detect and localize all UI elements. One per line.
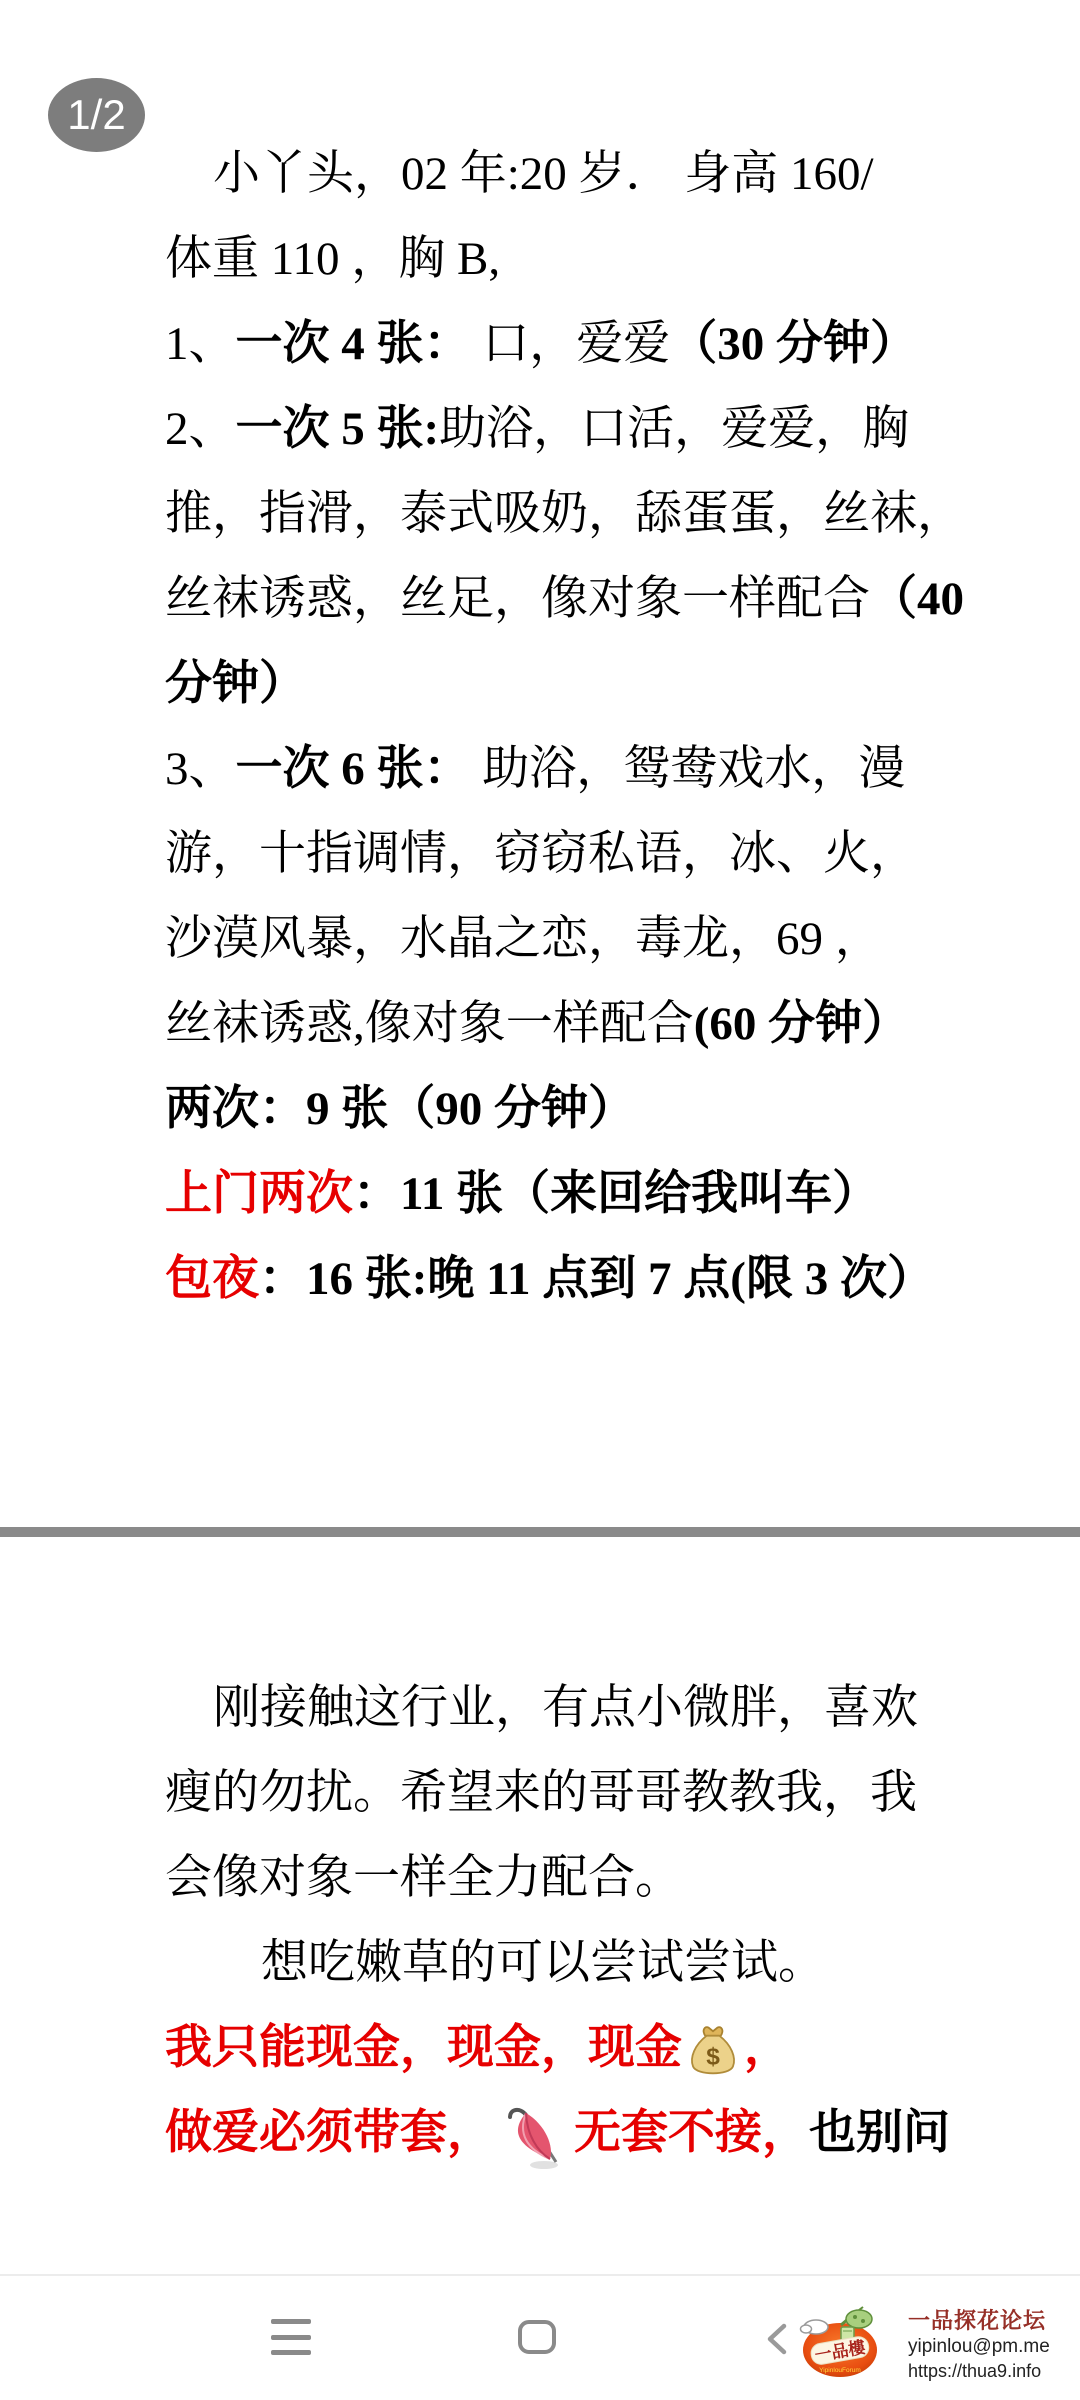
umbrella-icon: [496, 2099, 572, 2175]
text-run: 也别问: [809, 2107, 950, 2159]
text-run: 游，十指调情，窃窃私语，冰、火，: [165, 828, 917, 880]
text-run: 助浴，口活，爱爱，胸: [439, 403, 909, 455]
text-run: 口，爱爱: [471, 318, 671, 370]
text-run: 体重 110 ，胸 B,: [165, 233, 500, 285]
text-line: 推，指滑，泰式吸奶，舔蛋蛋，丝袜，: [165, 472, 964, 557]
forum-watermark: 一品探花论坛 yipinlou@pm.me https://thua9.info: [908, 2308, 1050, 2383]
text-line: 做爱必须带套， 无套不接，也别问: [165, 2091, 950, 2176]
text-run: 做爱必须带套，: [165, 2107, 494, 2159]
text-run: （40: [870, 573, 964, 625]
logo-subtext: YipinlouForum: [819, 2367, 861, 2374]
screen: 1/2 小丫头，02 年:20 岁． 身高 160/体重 110 ，胸 B,1、…: [0, 0, 1080, 2400]
text-run: 一次 4 张：: [236, 318, 471, 370]
text-line: 分钟）: [165, 642, 964, 727]
text-run: 刚接触这行业，有点小微胖，喜欢: [213, 1682, 918, 1734]
text-line: 丝袜诱惑,像对象一样配合(60 分钟）: [165, 982, 964, 1067]
back-button[interactable]: [764, 2322, 790, 2356]
text-line: 想吃嫩草的可以尝试尝试。: [165, 1921, 950, 2006]
text-run: 2、: [165, 403, 236, 455]
text-line: 沙漠风暴，水晶之恋，毒龙，69 ，: [165, 897, 964, 982]
bottom-navbar: 一品樓 YipinlouForum 一品探花论坛 yipinlou@pm.me …: [0, 2274, 1080, 2400]
forum-logo: 一品樓 YipinlouForum: [799, 2304, 881, 2380]
text-run: 推，指滑，泰式吸奶，舔蛋蛋，丝袜，: [165, 488, 964, 540]
document-page-2: 刚接触这行业，有点小微胖，喜欢瘦的勿扰。希望来的哥哥教教我，我会像对象一样全力配…: [165, 1666, 950, 2176]
text-line: 会像对象一样全力配合。: [165, 1836, 950, 1921]
text-run: 想吃嫩草的可以尝试尝试。: [261, 1937, 825, 1989]
text-line: 包夜：16 张:晚 11 点到 7 点(限 3 次）: [165, 1237, 964, 1322]
recent-apps-button[interactable]: [271, 2319, 313, 2355]
text-line: 1、一次 4 张： 口，爱爱（30 分钟）: [165, 302, 964, 387]
back-chevron-icon: [764, 2322, 790, 2356]
hamburger-icon: [271, 2319, 311, 2324]
text-run: 会像对象一样全力配合。: [165, 1852, 682, 1904]
text-line: 刚接触这行业，有点小微胖，喜欢: [165, 1666, 950, 1751]
moneybag-icon: $: [684, 2023, 742, 2081]
text-run: 分钟）: [165, 658, 306, 710]
text-line: 丝袜诱惑，丝足，像对象一样配合（40: [165, 557, 964, 642]
text-run: 我只能现金，现金，现金: [165, 2022, 682, 2074]
text-run: 无套不接，: [574, 2107, 809, 2159]
forum-title: 一品探花论坛: [908, 2308, 1050, 2334]
document-page-1: 小丫头，02 年:20 岁． 身高 160/体重 110 ，胸 B,1、一次 4…: [165, 132, 964, 1322]
cloud-icon: [801, 2320, 829, 2334]
text-run: 助浴，鸳鸯戏水，漫: [471, 743, 906, 795]
page-indicator-label: 1/2: [67, 91, 125, 139]
text-run: 沙漠风暴，水晶之恋，毒龙，69 ，: [165, 913, 882, 965]
text-run: 两次：9 张（90 分钟）: [165, 1083, 635, 1135]
text-line: 3、一次 6 张： 助浴，鸳鸯戏水，漫: [165, 727, 964, 812]
text-line: 小丫头，02 年:20 岁． 身高 160/: [165, 132, 964, 217]
text-run: 包夜: [165, 1253, 259, 1305]
svg-text:$: $: [706, 2044, 720, 2071]
home-icon: [518, 2320, 556, 2354]
text-run: 小丫头，02 年:20 岁． 身高 160/: [213, 148, 874, 200]
text-line: 两次：9 张（90 分钟）: [165, 1067, 964, 1152]
text-run: (60 分钟）: [694, 998, 909, 1050]
text-run: 一次 5 张:: [236, 403, 440, 455]
text-run: 上门两次: [165, 1168, 353, 1220]
text-line: 我只能现金，现金，现金 $ ，: [165, 2006, 950, 2091]
text-run: ，: [744, 2022, 791, 2074]
text-run: 丝袜诱惑,像对象一样配合: [165, 998, 694, 1050]
home-button[interactable]: [518, 2319, 558, 2355]
text-line: 游，十指调情，窃窃私语，冰、火，: [165, 812, 964, 897]
forum-url: https://thua9.info: [908, 2359, 1050, 2383]
text-run: 丝袜诱惑，丝足，像对象一样配合: [165, 573, 870, 625]
text-line: 瘦的勿扰。希望来的哥哥教教我，我: [165, 1751, 950, 1836]
text-run: ：16 张:晚 11 点到 7 点(限 3 次）: [259, 1253, 934, 1305]
text-line: 2、一次 5 张:助浴，口活，爱爱，胸: [165, 387, 964, 472]
text-run: ：11 张（来回给我叫车）: [353, 1168, 879, 1220]
text-run: 1、: [165, 318, 236, 370]
text-run: 3、: [165, 743, 236, 795]
forum-email: yipinlou@pm.me: [908, 2334, 1050, 2359]
text-run: （30 分钟）: [670, 318, 917, 370]
text-line: 体重 110 ，胸 B,: [165, 217, 964, 302]
text-run: 一次 6 张：: [236, 743, 471, 795]
text-run: 瘦的勿扰。希望来的哥哥教教我，我: [165, 1767, 917, 1819]
page-break-divider: [0, 1527, 1080, 1537]
text-line: 上门两次：11 张（来回给我叫车）: [165, 1152, 964, 1237]
page-indicator-badge: 1/2: [48, 78, 145, 152]
